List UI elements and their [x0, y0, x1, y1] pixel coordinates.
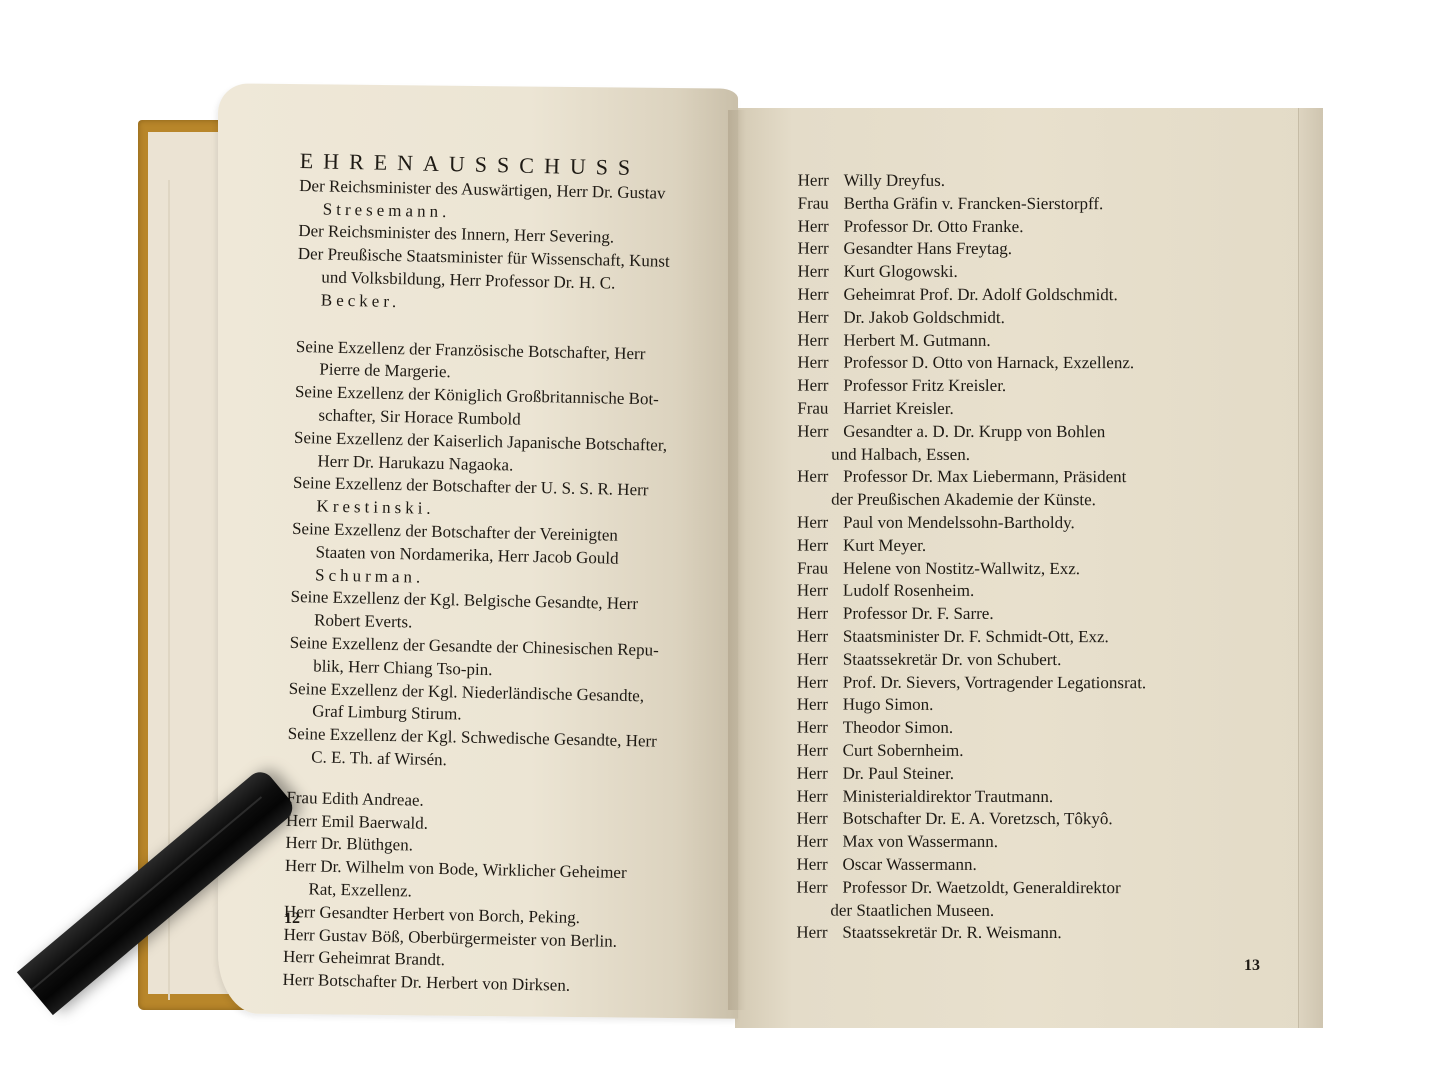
list-item: FrauHelene von Nostitz-Wallwitz, Exz. — [797, 557, 1257, 581]
list-item: HerrGeheimrat Prof. Dr. Adolf Goldschmid… — [797, 284, 1257, 308]
list-item: FrauHarriet Kreisler. — [797, 398, 1257, 422]
list-item: HerrDr. Paul Steiner. — [797, 762, 1257, 786]
list-item: HerrStaatssekretär Dr. R. Weismann. — [796, 922, 1256, 946]
list-item: HerrCurt Sobernheim. — [797, 740, 1257, 764]
list-item: HerrProfessor Dr. Otto Franke. — [798, 215, 1258, 239]
list-item: HerrMinisterialdirektor Trautmann. — [797, 785, 1257, 809]
page-number-left: 12 — [284, 910, 300, 928]
list-item: HerrProf. Dr. Sievers, Vortragender Lega… — [797, 671, 1257, 695]
list-item: HerrPaul von Mendelssohn-Bartholdy. — [797, 512, 1257, 536]
list-item: FrauBertha Gräfin v. Francken-Sierstorpf… — [798, 192, 1258, 216]
list-item: HerrGesandter a. D. Dr. Krupp von Bohlen… — [797, 420, 1257, 466]
list-item: HerrProfessor Dr. Max Liebermann, Präsid… — [797, 466, 1257, 512]
left-page-text: EHRENAUSSCHUSS Der Reichsminister des Au… — [282, 150, 720, 1001]
list-item: HerrBotschafter Dr. E. A. Voretzsch, Tôk… — [797, 808, 1257, 832]
list-item: HerrProfessor Fritz Kreisler. — [797, 375, 1257, 399]
list-item: HerrKurt Meyer. — [797, 534, 1257, 558]
book-gutter — [728, 110, 746, 1010]
list-item: Seine Exzellenz der Kgl. Schwedische Ges… — [287, 723, 708, 777]
list-item: HerrTheodor Simon. — [797, 717, 1257, 741]
list-item: HerrDr. Jakob Goldschmidt. — [797, 306, 1257, 330]
list-item: HerrProfessor Dr. Waetzoldt, Generaldire… — [796, 876, 1256, 922]
list-item: HerrStaatssekretär Dr. von Schubert. — [797, 648, 1257, 672]
list-item: HerrProfessor Dr. F. Sarre. — [797, 603, 1257, 627]
list-item: HerrKurt Glogowski. — [797, 261, 1257, 285]
list-item: HerrGesandter Hans Freytag. — [798, 238, 1258, 262]
list-item: HerrHugo Simon. — [797, 694, 1257, 718]
right-page-edges — [1298, 108, 1323, 1028]
page-number-right: 13 — [1244, 957, 1260, 975]
list-item: HerrOscar Wassermann. — [796, 854, 1256, 878]
list-item: Der Preußische Staatsminister für Wissen… — [297, 243, 718, 320]
list-item: HerrStaatsminister Dr. F. Schmidt-Ott, E… — [797, 626, 1257, 650]
list-item: Seine Exzellenz der Gesandte der Chinesi… — [289, 632, 710, 686]
list-item: HerrWilly Dreyfus. — [798, 170, 1258, 194]
list-item: HerrHerbert M. Gutmann. — [797, 329, 1257, 353]
list-item: HerrProfessor D. Otto von Harnack, Exzel… — [797, 352, 1257, 376]
list-item: HerrMax von Wassermann. — [796, 831, 1256, 855]
right-page-text: HerrWilly Dreyfus. FrauBertha Gräfin v. … — [796, 170, 1257, 946]
list-item: Seine Exzellenz der Botschafter der Vere… — [291, 518, 712, 595]
list-item: HerrLudolf Rosenheim. — [797, 580, 1257, 604]
